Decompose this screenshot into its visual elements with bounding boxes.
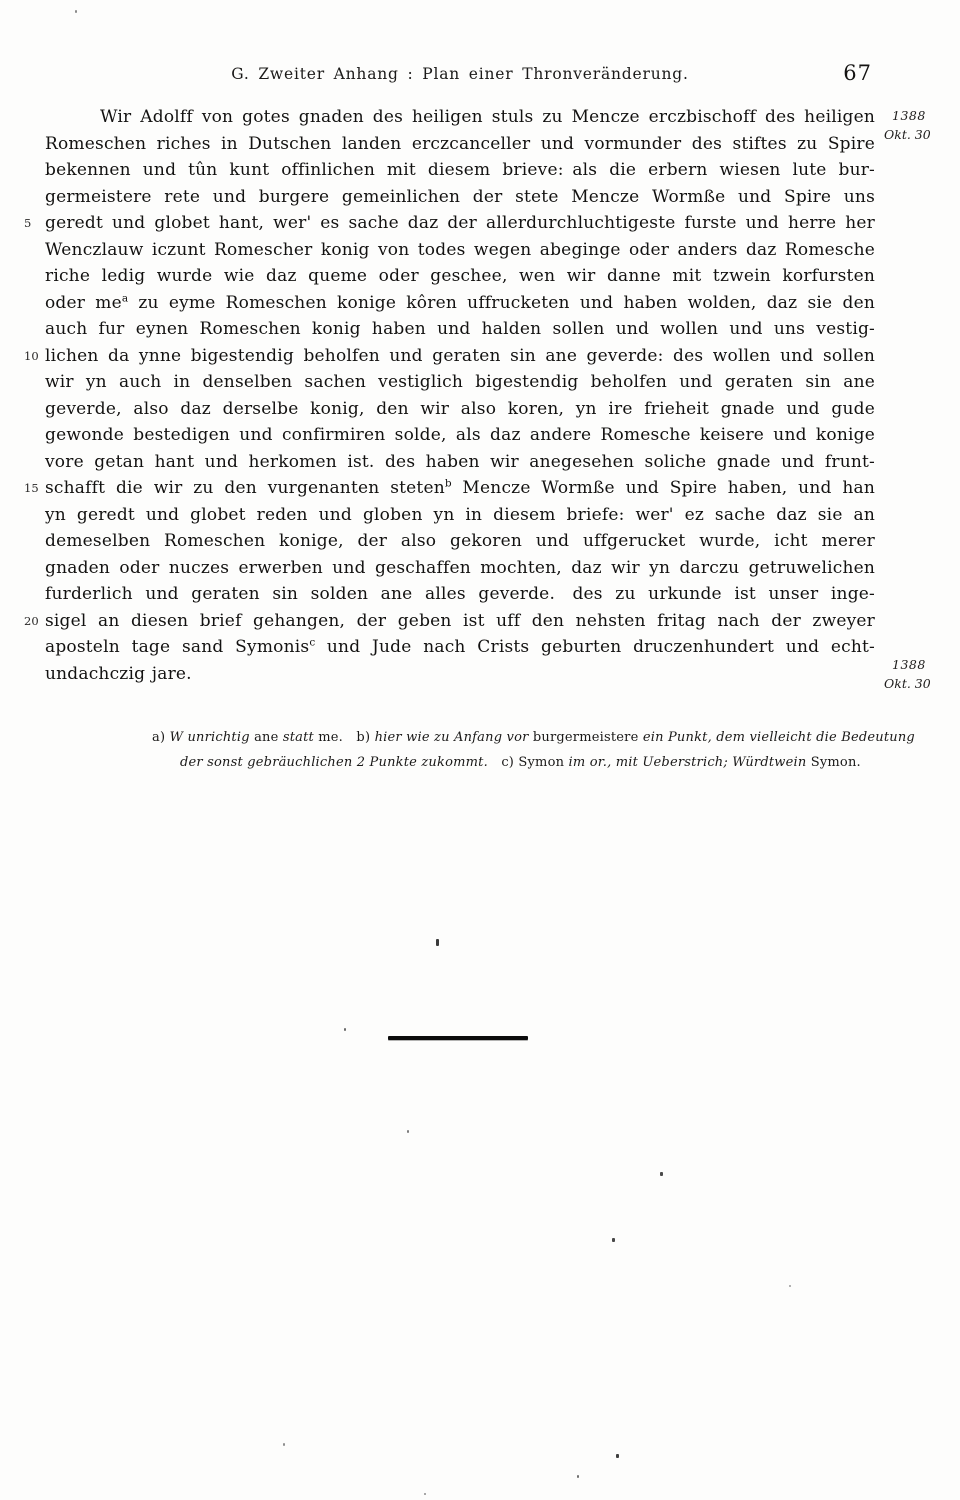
line-number: 5 — [24, 210, 41, 237]
text-line: furderlich und geraten sin solden ane al… — [45, 581, 875, 608]
text-line: aposteln tage sand Symonisc und Jude nac… — [45, 634, 875, 661]
text-line: auch fur eynen Romeschen konig haben und… — [45, 316, 875, 343]
scan-speck — [344, 1028, 346, 1031]
page-header: G. Zweiter Anhang : Plan einer Thronverä… — [45, 63, 875, 93]
text-line: germeistere rete und burgere gemeinliche… — [45, 184, 875, 211]
separator-rule — [388, 1036, 528, 1040]
footnote-marker: a — [122, 292, 128, 304]
line-number: 15 — [24, 475, 41, 502]
scan-speck — [407, 1130, 409, 1133]
text-line: yn geredt und globet reden und globen yn… — [45, 502, 875, 529]
text-line: Romeschen riches in Dutschen landen ercz… — [45, 131, 875, 158]
text-line: undachczig jare. — [45, 661, 875, 688]
line-number: 10 — [24, 343, 41, 370]
book-page: G. Zweiter Anhang : Plan einer Thronverä… — [0, 0, 960, 1500]
running-title: G. Zweiter Anhang : Plan einer Thronverä… — [45, 63, 875, 85]
footnotes: a) W unrichtig ane statt me. b) hier wie… — [152, 726, 875, 775]
margin-date-bottom: 1388 Okt. 30 — [884, 655, 956, 693]
scan-speck — [616, 1454, 619, 1458]
charter-text: Wir Adolff von gotes gnaden des heiligen… — [45, 104, 875, 687]
footnote-marker: c — [309, 636, 315, 648]
text-line: riche ledig wurde wie daz queme oder ges… — [45, 263, 875, 290]
text-line: 5geredt und globet hant, wer' es sache d… — [45, 210, 875, 237]
text-line: 10lichen da ynne bigestendig beholfen un… — [45, 343, 875, 370]
footnote-line: der sonst gebräuchlichen 2 Punkte zukomm… — [152, 751, 820, 776]
margin-day: Okt. 30 — [884, 125, 956, 144]
footnote-line: a) W unrichtig ane statt me. b) hier wie… — [152, 726, 875, 751]
scan-speck — [436, 939, 439, 946]
scan-speck — [75, 10, 77, 13]
text-line: geverde, also daz derselbe konig, den wi… — [45, 396, 875, 423]
text-line: vore getan hant und herkomen ist. des ha… — [45, 449, 875, 476]
line-number: 20 — [24, 608, 41, 635]
text-line: 20sigel an diesen brief gehangen, der ge… — [45, 608, 875, 635]
margin-day: Okt. 30 — [884, 674, 956, 693]
margin-date-top: 1388 Okt. 30 — [884, 106, 956, 144]
scan-speck — [577, 1475, 579, 1478]
text-line: oder mea zu eyme Romeschen konige kôren … — [45, 290, 875, 317]
scan-speck — [424, 1493, 426, 1495]
text-line: gewonde bestedigen und confirmiren solde… — [45, 422, 875, 449]
text-line: demeselben Romeschen konige, der also ge… — [45, 528, 875, 555]
text-line: Wir Adolff von gotes gnaden des heiligen… — [45, 104, 875, 131]
text-line: bekennen und tûn kunt offinlichen mit di… — [45, 157, 875, 184]
text-line: wir yn auch in denselben sachen vestigli… — [45, 369, 875, 396]
margin-year: 1388 — [884, 106, 956, 125]
page-number: 67 — [843, 61, 872, 85]
footnote-marker: b — [445, 477, 452, 489]
text-line: gnaden oder nuczes erwerben und geschaff… — [45, 555, 875, 582]
scan-speck — [612, 1238, 615, 1242]
scan-speck — [283, 1443, 285, 1446]
text-line: 15schafft die wir zu den vurgenanten ste… — [45, 475, 875, 502]
scan-speck — [789, 1285, 791, 1287]
text-line: Wenczlauw iczunt Romescher konig von tod… — [45, 237, 875, 264]
scan-speck — [660, 1172, 663, 1176]
margin-year: 1388 — [884, 655, 956, 674]
